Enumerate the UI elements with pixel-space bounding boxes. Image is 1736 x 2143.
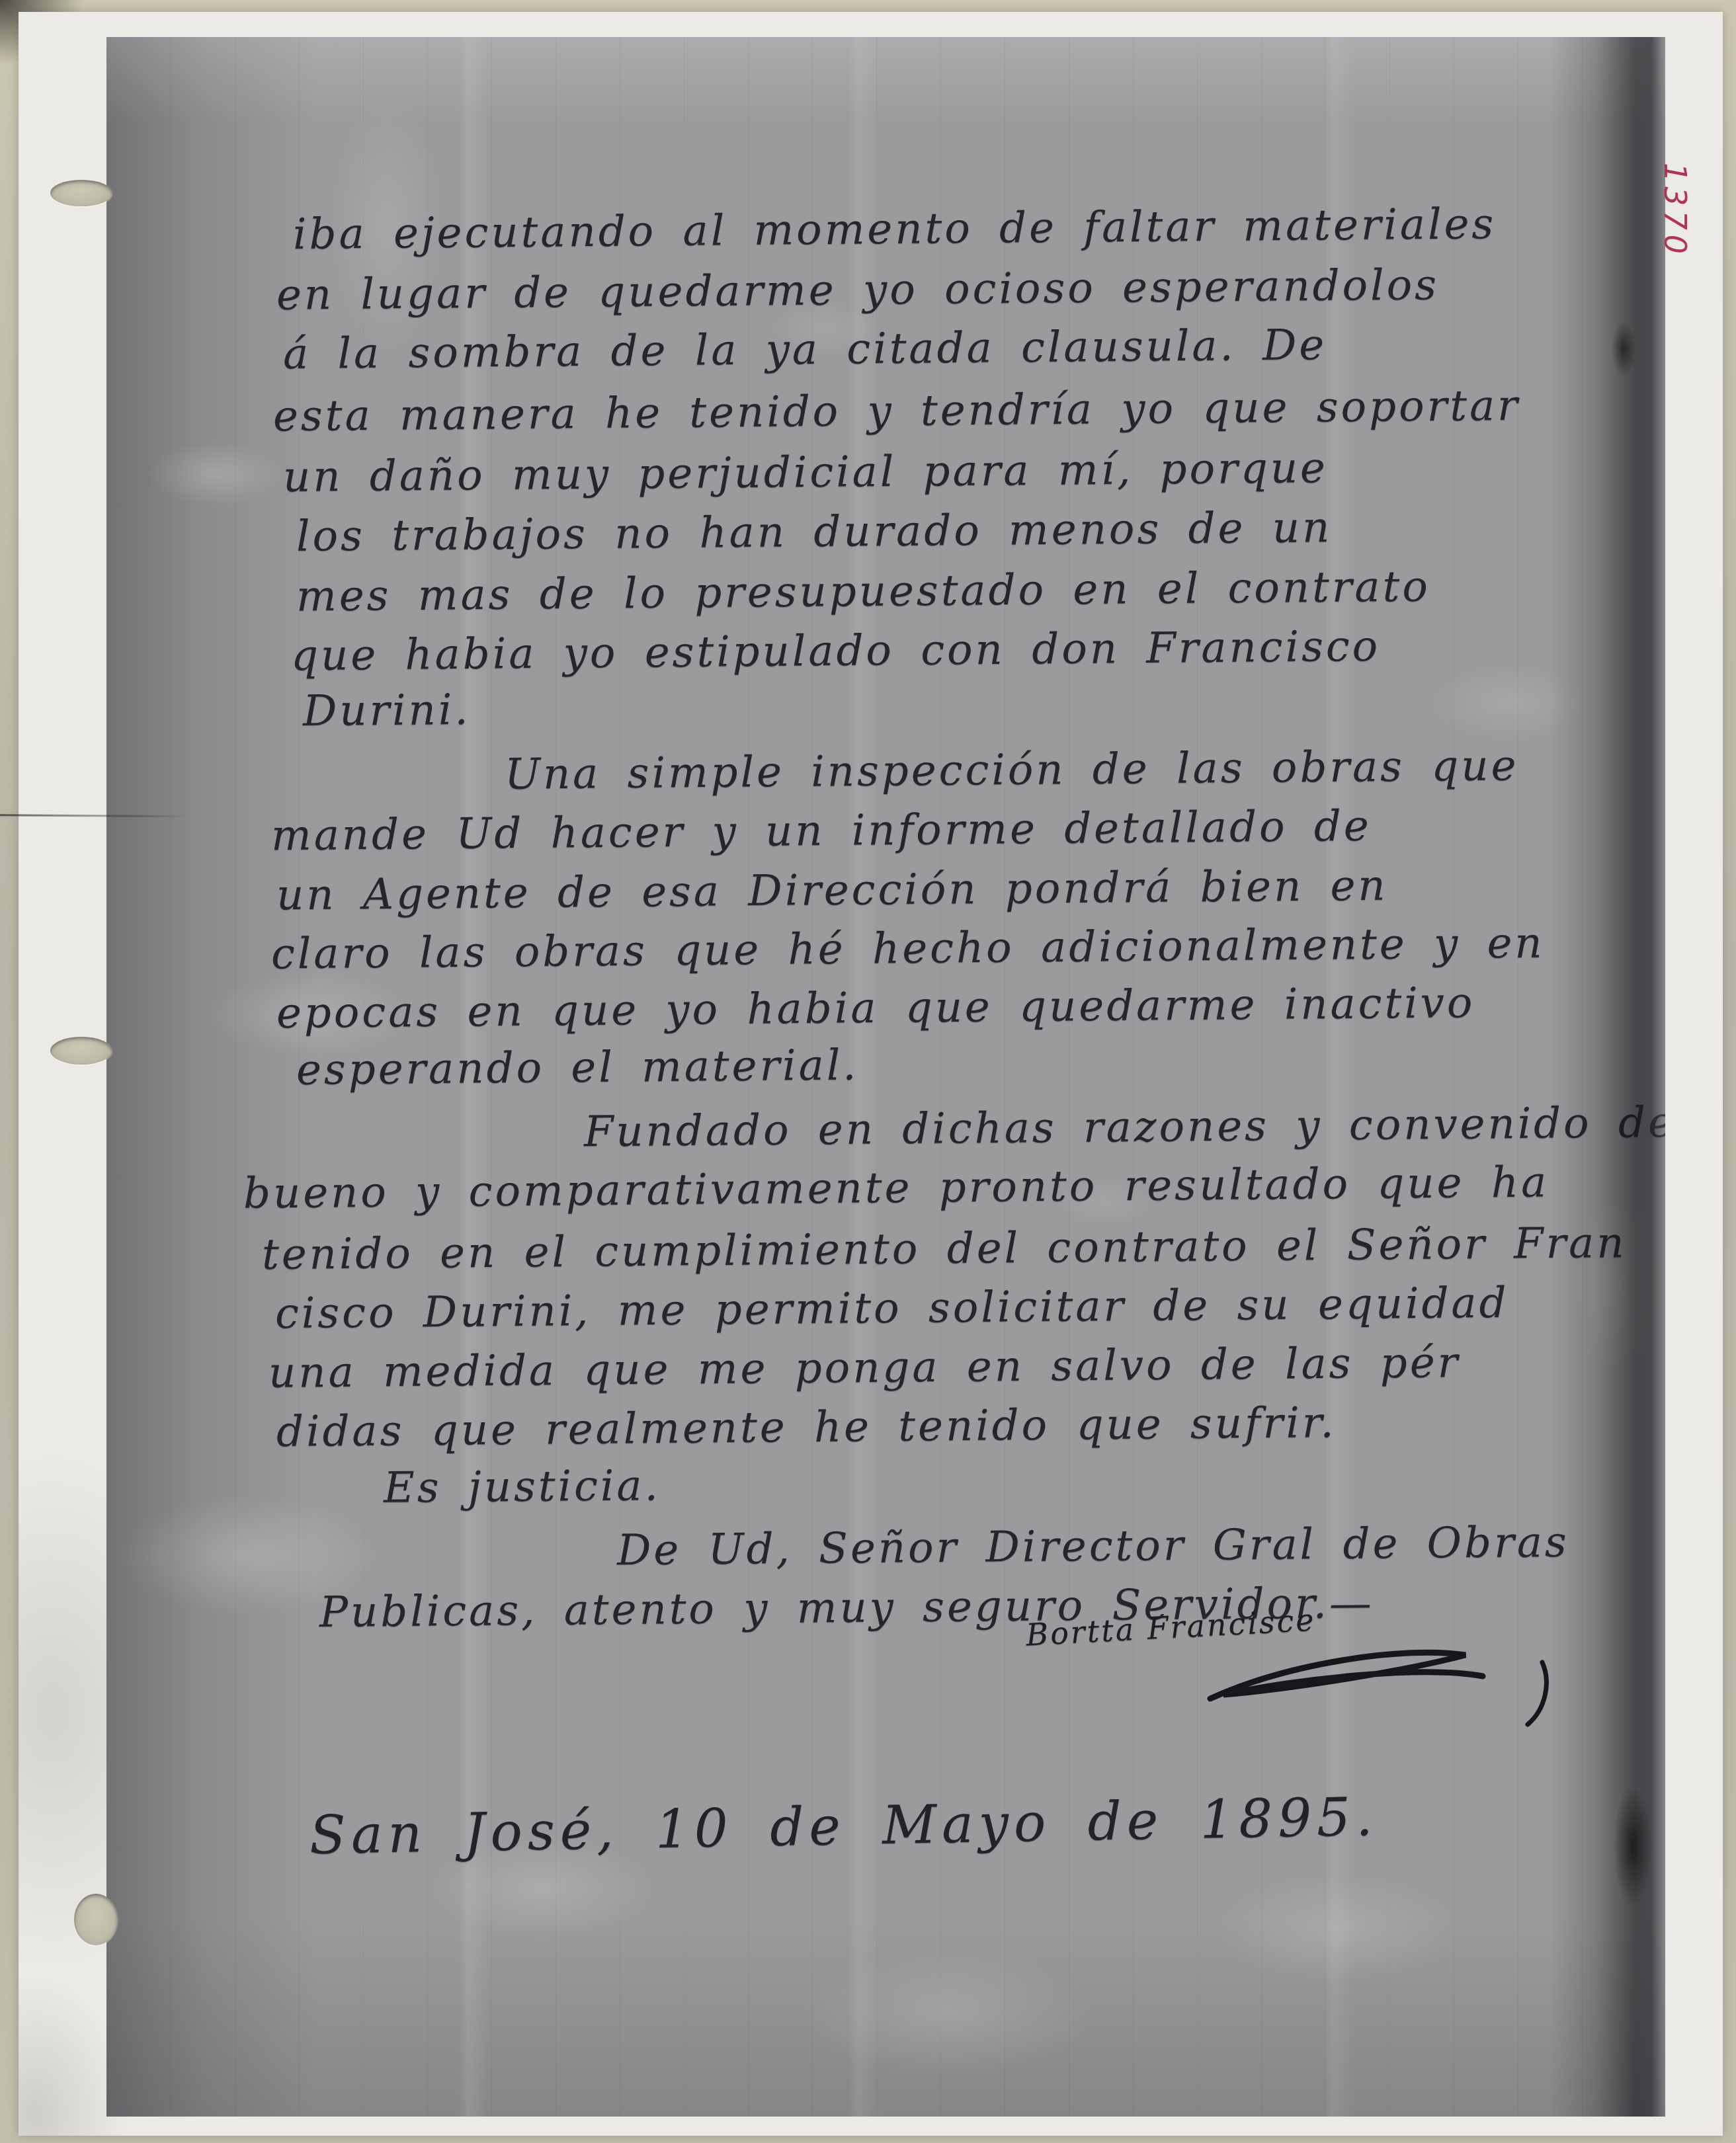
photographed-document: iba ejecutando al momento de faltar mate… [0, 0, 1736, 2143]
archival-number: 1370 [1660, 163, 1690, 259]
handwriting-line: en lugar de quedarme yo ocioso esperando… [276, 262, 1440, 319]
handwriting-line: un Agente de esa Dirección pondrá bien e… [276, 863, 1388, 919]
punch-hole [74, 1894, 118, 1945]
punch-hole [50, 180, 112, 206]
handwriting-line: esta manera he tenido y tendría yo que s… [273, 383, 1520, 440]
handwriting-line: mes mas de lo presupuestado en el contra… [296, 564, 1430, 620]
handwriting-line: didas que realmente he tenido que sufrir… [276, 1400, 1337, 1455]
date-line: San José, 10 de Mayo de 1895. [309, 1788, 1378, 1865]
handwriting-line: cisco Durini, me permito solicitar de su… [275, 1280, 1509, 1338]
handwriting-line: Una simple inspección de las obras que [505, 743, 1519, 798]
handwriting-line: Durini. [303, 687, 471, 735]
photocopy-scan: iba ejecutando al momento de faltar mate… [106, 37, 1665, 2117]
handwriting-line: bueno y comparativamente pronto resultad… [243, 1159, 1550, 1217]
handwriting-line: epocas en que yo habia que quedarme inac… [276, 980, 1475, 1037]
handwriting-line: iba ejecutando al momento de faltar mate… [293, 201, 1497, 258]
handwriting-line: á la sombra de la ya citada clausula. De [283, 322, 1327, 378]
handwriting-line: que habia yo estipulado con don Francisc… [291, 624, 1381, 680]
handwriting-line: Fundado en dichas razones y convenido de… [584, 1100, 1665, 1156]
ink-hook-mark [1520, 1658, 1559, 1731]
paper-sheet: iba ejecutando al momento de faltar mate… [19, 12, 1723, 2136]
fold-shadow [1550, 37, 1665, 2117]
punch-hole [50, 1037, 112, 1065]
handwriting-line: claro las obras que hé hecho adicionalme… [271, 920, 1545, 978]
handwriting-line: tenido en el cumplimiento del contrato e… [262, 1220, 1627, 1278]
handwriting-line: Es justicia. [384, 1463, 661, 1512]
handwriting-line: los trabajos no han durado menos de un [296, 505, 1333, 560]
signature-flourish [1202, 1635, 1493, 1715]
handwriting-line: un daño muy perjudicial para mí, porque [283, 445, 1328, 501]
handwriting-line: mande Ud hacer y un informe detallado de [271, 803, 1372, 860]
handwriting-line: esperando el material. [296, 1042, 859, 1094]
handwriting-line: De Ud, Señor Director Gral de Obras [617, 1519, 1569, 1574]
handwriting-line: una medida que me ponga en salvo de las … [269, 1340, 1461, 1396]
